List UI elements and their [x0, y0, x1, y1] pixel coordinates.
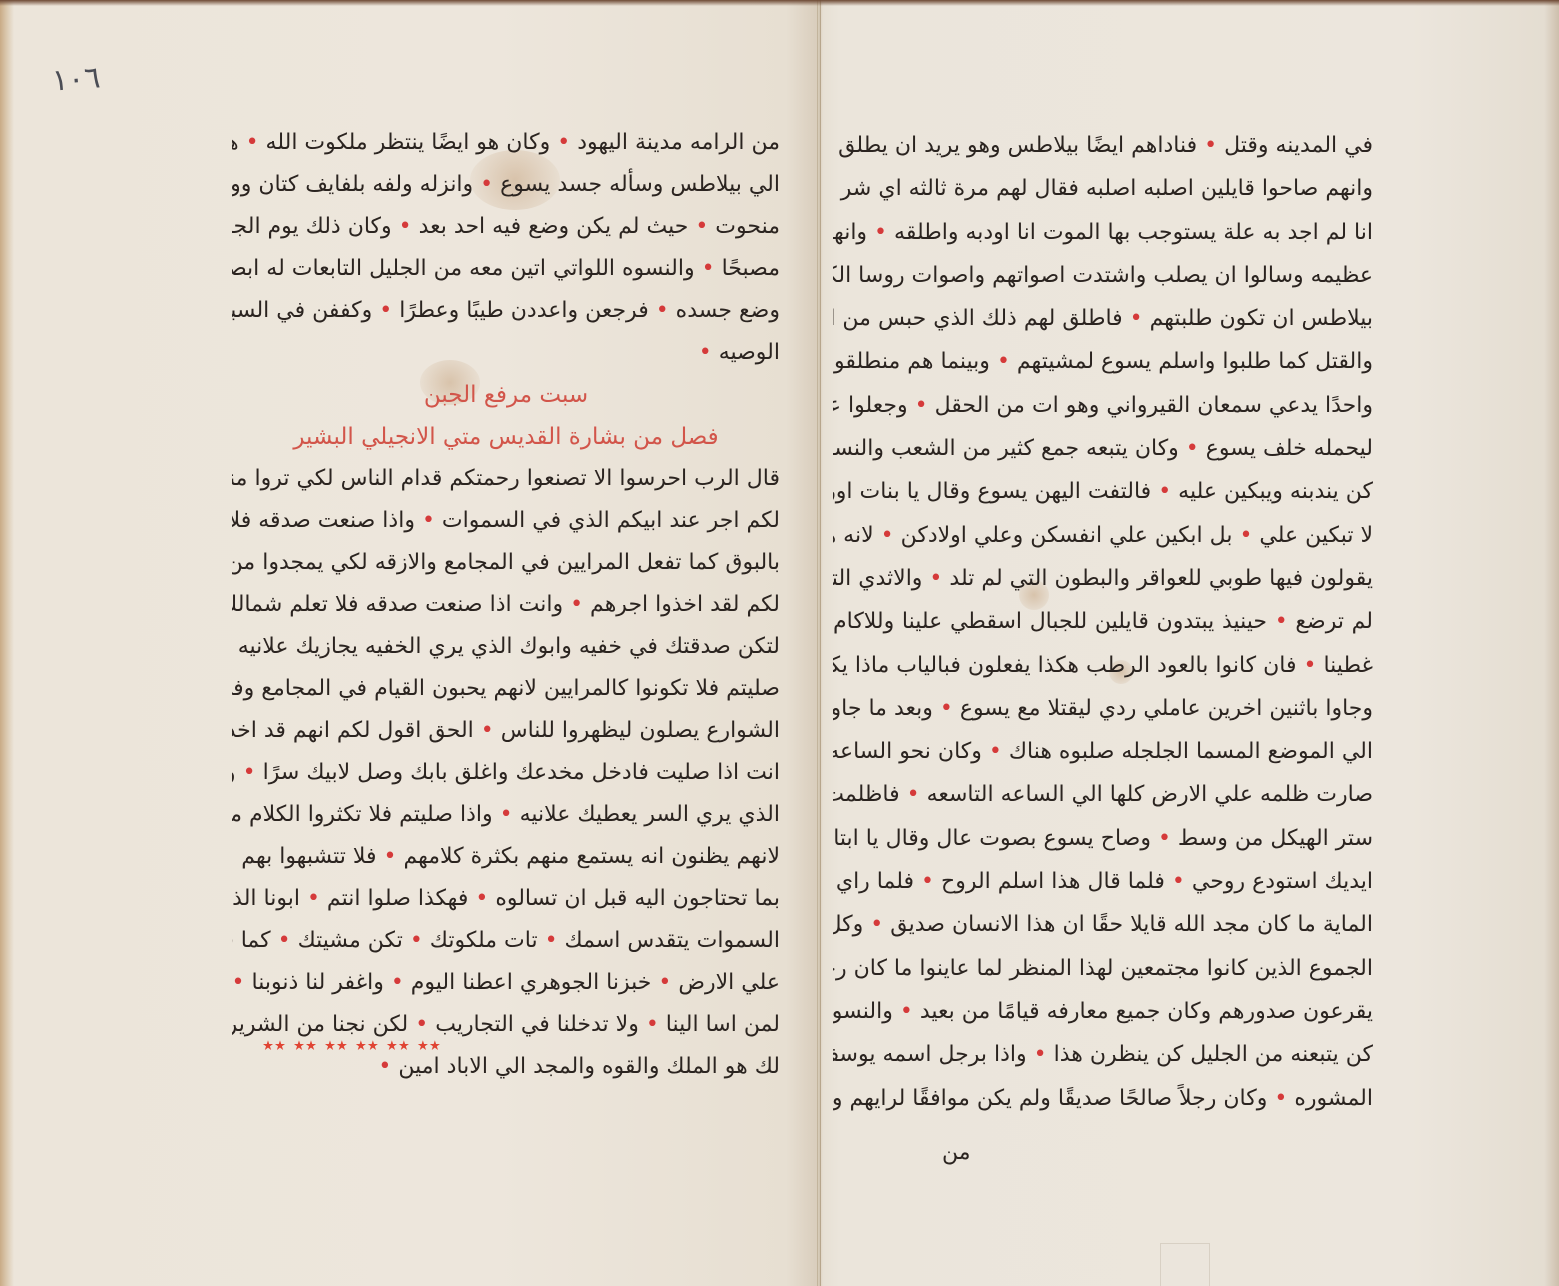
separator-dot: •	[480, 172, 493, 197]
separator-dot: •	[695, 214, 708, 239]
separator-dot: •	[1186, 436, 1199, 461]
separator-dot: •	[658, 970, 671, 995]
text-line: منحوت • حيث لم يكن وضع فيه احد بعد • وكا…	[232, 206, 780, 248]
text-line: الي الموضع المسما الجلجله صلبوه هناك • و…	[833, 730, 1373, 773]
text-line: الماية ما كان مجد الله قايلا حقًا ان هذا…	[833, 903, 1373, 946]
separator-dot: •	[1172, 869, 1185, 894]
separator-dot: •	[232, 970, 245, 995]
separator-dot: •	[422, 508, 435, 533]
rubric-heading-lection: فصل من بشارة القديس متي الانجيلي البشير	[232, 416, 780, 458]
separator-dot: •	[246, 130, 259, 155]
separator-dot: •	[410, 928, 423, 953]
end-ornaments: ٭٭ ٭٭ ٭٭ ٭٭ ٭٭ ٭٭	[262, 1033, 441, 1058]
text-line: وجاوا باثنين اخرين عاملي ردي ليقتلا مع ي…	[833, 687, 1373, 730]
separator-dot: •	[874, 220, 887, 245]
text-line: ستر الهيكل من وسط • وصاح يسوع بصوت عال و…	[833, 817, 1373, 860]
separator-dot: •	[379, 298, 392, 323]
left-text-block: من الرامه مدينة اليهود • وكان هو ايضًا ي…	[232, 122, 780, 1088]
manuscript-spread: ١٠٦ من الرامه مدينة اليهود • وكان هو ايض…	[0, 0, 1559, 1286]
text-line: من الرامه مدينة اليهود • وكان هو ايضًا ي…	[232, 122, 780, 164]
separator-dot: •	[1274, 1086, 1287, 1111]
separator-dot: •	[391, 970, 404, 995]
separator-dot: •	[1034, 1042, 1047, 1067]
separator-dot: •	[500, 802, 513, 827]
binding-edge	[0, 0, 1559, 6]
rubric-heading-day: سبت مرفع الجبن	[232, 374, 780, 416]
separator-dot: •	[278, 928, 291, 953]
separator-dot: •	[475, 886, 488, 911]
text-line: لكم اجر عند ابيكم الذي في السموات • واذا…	[232, 500, 780, 542]
separator-dot: •	[1239, 523, 1252, 548]
text-line: لكم لقد اخذوا اجرهم • وانت اذا صنعت صدقه…	[232, 584, 780, 626]
text-line: انت اذا صليت فادخل مخدعك واغلق بابك وصل …	[232, 752, 780, 794]
text-line: الي بيلاطس وسأله جسد يسوع • وانزله ولفه …	[232, 164, 780, 206]
text-line: الجموع الذين كانوا مجتمعين لهذا المنظر ل…	[833, 947, 1373, 990]
text-line: مصبحًا • والنسوه اللواتي اتين معه من الج…	[232, 248, 780, 290]
text-line: قال الرب احرسوا الا تصنعوا رحمتكم قدام ا…	[232, 458, 780, 500]
text-line: لتكن صدقتك في خفيه وابوك الذي يري الخفيه…	[232, 626, 780, 668]
text-line: علي الارض • خبزنا الجوهري اعطنا اليوم • …	[232, 962, 780, 1004]
text-line: في المدينه وقتل • فناداهم ايضًا بيلاطس و…	[833, 124, 1373, 167]
text-line: الشوارع يصلون ليظهروا للناس • الحق اقول …	[232, 710, 780, 752]
separator-dot: •	[940, 696, 953, 721]
text-line: السموات يتقدس اسمك • تات ملكوتك • تكن مش…	[232, 920, 780, 962]
separator-dot: •	[989, 739, 1002, 764]
separator-dot: •	[870, 912, 883, 937]
page-tab-marker	[1160, 1243, 1210, 1286]
separator-dot: •	[481, 718, 494, 743]
separator-dot: •	[656, 298, 669, 323]
separator-dot: •	[557, 130, 570, 155]
left-page: ١٠٦ من الرامه مدينة اليهود • وكان هو ايض…	[0, 0, 819, 1286]
separator-dot: •	[699, 340, 712, 365]
text-line: الوصيه •	[232, 332, 780, 374]
separator-dot: •	[929, 566, 942, 591]
separator-dot: •	[646, 1012, 659, 1037]
text-line: غطينا • فان كانوا بالعود الرطب هكذا يفعل…	[833, 644, 1373, 687]
text-line: صليتم فلا تكونوا كالمرايين لانهم يحبون ا…	[232, 668, 780, 710]
text-line: كن يتبعنه من الجليل كن ينظرن هذا • واذا …	[833, 1033, 1373, 1076]
text-line: والقتل كما طلبوا واسلم يسوع لمشيتهم • وب…	[833, 340, 1373, 383]
separator-dot: •	[1204, 133, 1217, 158]
right-page: في المدينه وقتل • فناداهم ايضًا بيلاطس و…	[819, 0, 1559, 1286]
text-line: صارت ظلمه علي الارض كلها الي الساعه التا…	[833, 773, 1373, 816]
text-line: وانهم صاحوا قايلين اصلبه اصلبه فقال لهم …	[833, 167, 1373, 210]
text-line: المشوره • وكان رجلاً صالحًا صديقًا ولم ي…	[833, 1077, 1373, 1120]
book-gutter	[817, 0, 821, 1286]
separator-dot: •	[1303, 653, 1316, 678]
separator-dot: •	[900, 999, 913, 1024]
separator-dot: •	[399, 214, 412, 239]
text-line: كن يندبنه ويبكين عليه • فالتفت اليهن يسو…	[833, 470, 1373, 513]
text-line: وضع جسده • فرجعن واعددن طيبًا وعطرًا • و…	[232, 290, 780, 332]
separator-dot: •	[915, 393, 928, 418]
text-line: الذي يري السر يعطيك علانيه • واذا صليتم …	[232, 794, 780, 836]
separator-dot: •	[232, 844, 234, 869]
text-line: واحدًا يدعي سمعان القيرواني وهو ات من ال…	[833, 384, 1373, 427]
separator-dot: •	[907, 782, 920, 807]
text-line: ليحمله خلف يسوع • وكان يتبعه جمع كثير من…	[833, 427, 1373, 470]
separator-dot: •	[383, 844, 396, 869]
separator-dot: •	[570, 592, 583, 617]
separator-dot: •	[997, 349, 1010, 374]
separator-dot: •	[307, 886, 320, 911]
folio-number: ١٠٦	[51, 60, 102, 98]
separator-dot: •	[702, 256, 715, 281]
separator-dot: •	[881, 523, 894, 548]
text-line: عظيمه وسالوا ان يصلب واشتدت اصواتهم واصو…	[833, 254, 1373, 297]
separator-dot: •	[1130, 306, 1143, 331]
text-line: بالبوق كما تفعل المرايين في المجامع والا…	[232, 542, 780, 584]
separator-dot: •	[1158, 479, 1171, 504]
right-text-block: في المدينه وقتل • فناداهم ايضًا بيلاطس و…	[833, 124, 1373, 1120]
text-line: بما تحتاجون اليه قبل ان تسالوه • فهكذا ص…	[232, 878, 780, 920]
text-line: يقولون فيها طوبي للعواقر والبطون التي لم…	[833, 557, 1373, 600]
catchword: من	[942, 1140, 971, 1165]
separator-dot: •	[243, 760, 256, 785]
text-line: انا لم اجد به علة يستوجب بها الموت انا ا…	[833, 211, 1373, 254]
separator-dot: •	[921, 869, 934, 894]
text-line: بيلاطس ان تكون طلبتهم • فاطلق لهم ذلك ال…	[833, 297, 1373, 340]
text-line: لم ترضع • حينيذ يبتدون قايلين للجبال اسق…	[833, 600, 1373, 643]
text-line: يقرعون صدورهم وكان جميع معارفه قيامًا من…	[833, 990, 1373, 1033]
separator-dot: •	[1275, 609, 1288, 634]
text-line: ايديك استودع روحي • فلما قال هذا اسلم ال…	[833, 860, 1373, 903]
separator-dot: •	[545, 928, 558, 953]
text-line: لا تبكين علي • بل ابكين علي انفسكن وعلي …	[833, 514, 1373, 557]
separator-dot: •	[1158, 826, 1171, 851]
text-line: لانهم يظنون انه يستمع منهم بكثرة كلامهم …	[232, 836, 780, 878]
